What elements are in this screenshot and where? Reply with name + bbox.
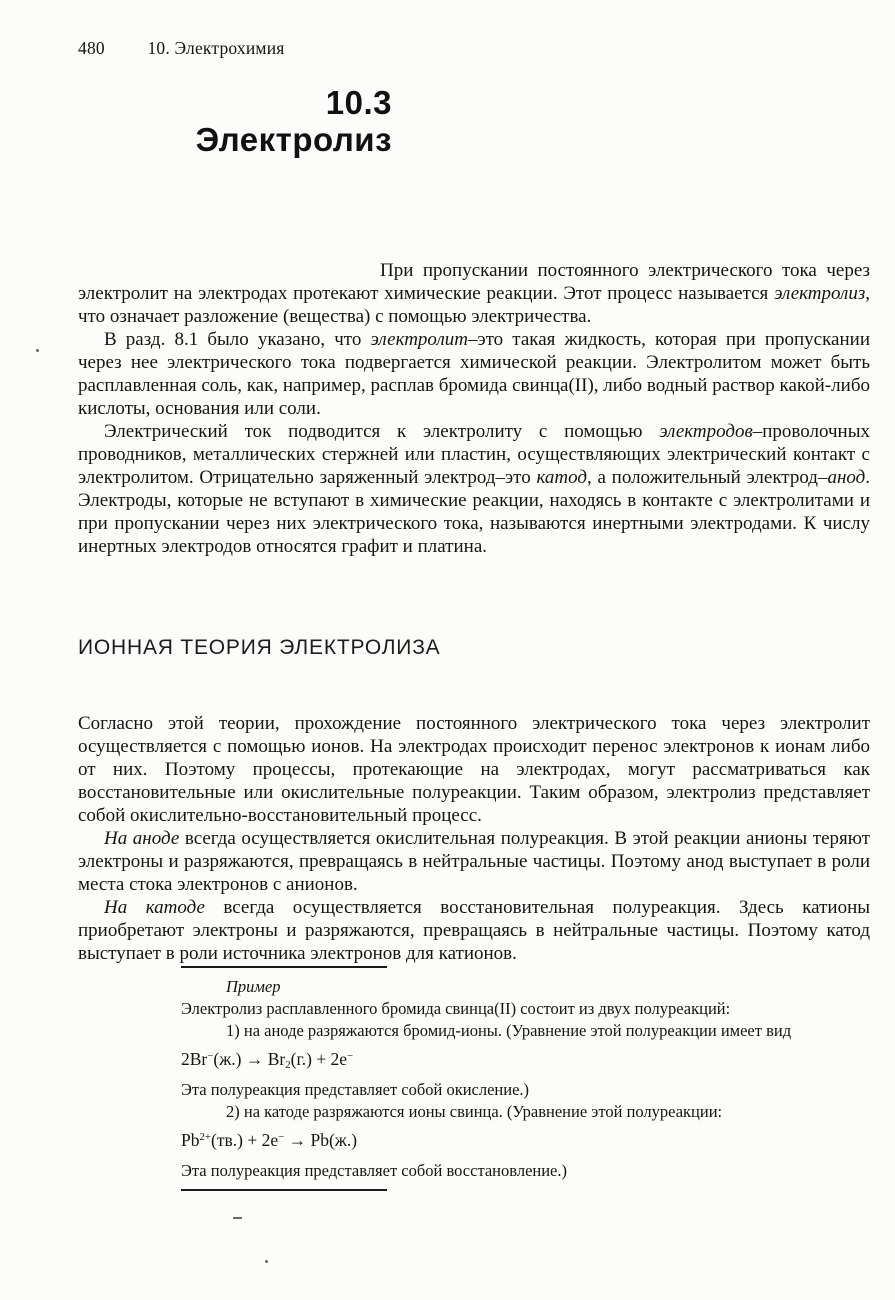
theory-paragraph: На аноде всегда осуществляется окислител…: [78, 827, 870, 896]
scan-speck: [265, 1260, 268, 1263]
intro-text-column: При пропускании постоянного электрическо…: [78, 259, 870, 558]
example-bottom-rule: [181, 1189, 387, 1191]
section-number: 10.3: [78, 84, 392, 121]
theory-paragraph: Согласно этой теории, прохождение постоя…: [78, 712, 870, 827]
example-line: Электролиз расплавленного бромида свинца…: [181, 998, 865, 1020]
running-head: 480 10. Электрохимия: [78, 38, 285, 59]
scan-speck: [36, 349, 39, 352]
section-title: Электролиз: [78, 121, 392, 158]
chemical-equation-anode: 2Br−(ж.) → Br2(г.) + 2e−: [181, 1048, 865, 1073]
chemical-equation-cathode: Pb2+(тв.) + 2e− → Pb(ж.): [181, 1129, 865, 1154]
example-label: Пример: [181, 976, 865, 998]
example-line: 1) на аноде разряжаются бромид-ионы. (Ур…: [181, 1020, 865, 1042]
example-line: 2) на катоде разряжаются ионы свинца. (У…: [181, 1101, 865, 1123]
running-chapter-title: 10. Электрохимия: [147, 38, 284, 58]
intro-paragraph: При пропускании постоянного электрическо…: [78, 259, 870, 328]
example-line: Эта полуреакция представляет собой восст…: [181, 1160, 865, 1182]
intro-paragraph: В разд. 8.1 было указано, что электролит…: [78, 328, 870, 420]
subsection-heading: ИОННАЯ ТЕОРИЯ ЭЛЕКТРОЛИЗА: [78, 636, 441, 660]
example-top-rule: [181, 966, 387, 968]
example-line: Эта полуреакция представляет собой окисл…: [181, 1079, 865, 1101]
page-number: 480: [78, 38, 105, 59]
book-page: 480 10. Электрохимия 10.3 Электролиз При…: [0, 0, 895, 1300]
example-block: Пример Электролиз расплавленного бромида…: [181, 966, 865, 1191]
theory-paragraph: На катоде всегда осуществляется восстано…: [78, 896, 870, 965]
theory-text-column: Согласно этой теории, прохождение постоя…: [78, 712, 870, 965]
intro-paragraph: Электрический ток подводится к электроли…: [78, 420, 870, 558]
section-title-block: 10.3 Электролиз: [78, 84, 392, 158]
scan-speck: [233, 1217, 242, 1219]
